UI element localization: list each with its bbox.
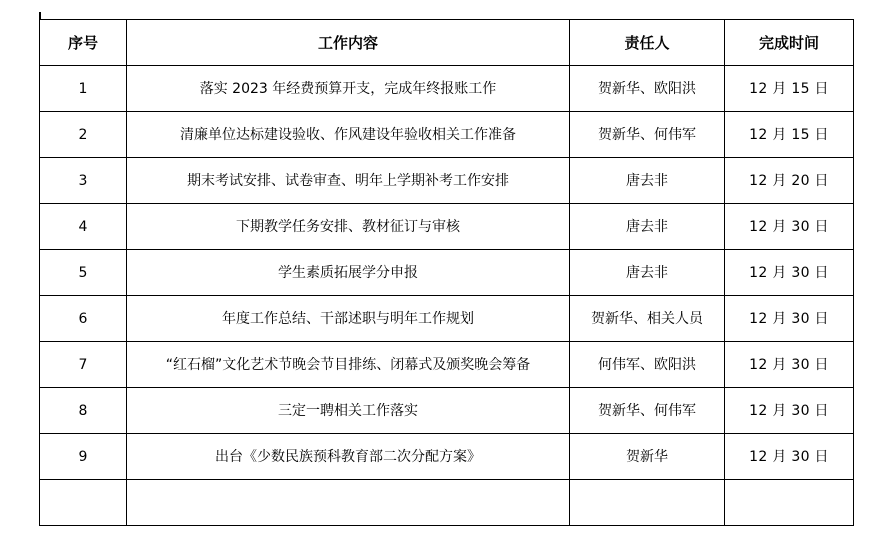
cell-content: 期末考试安排、试卷审查、明年上学期补考工作安排 xyxy=(127,158,570,204)
table-row: 6 年度工作总结、干部述职与明年工作规划 贺新华、相关人员 12 月 30 日 xyxy=(40,296,854,342)
cell-deadline: 12 月 15 日 xyxy=(725,66,854,112)
table-row: 8 三定一聘相关工作落实 贺新华、何伟军 12 月 30 日 xyxy=(40,388,854,434)
cell-seq: 7 xyxy=(40,342,127,388)
cell-seq: 3 xyxy=(40,158,127,204)
header-deadline: 完成时间 xyxy=(725,20,854,66)
table-row: 9 出台《少数民族预科教育部二次分配方案》 贺新华 12 月 30 日 xyxy=(40,434,854,480)
cell-content: “红石榴”文化艺术节晚会节目排练、闭幕式及颁奖晚会筹备 xyxy=(127,342,570,388)
cell-owner: 贺新华、何伟军 xyxy=(570,388,725,434)
cell-seq: 8 xyxy=(40,388,127,434)
cell-deadline: 12 月 30 日 xyxy=(725,434,854,480)
cell-content: 年度工作总结、干部述职与明年工作规划 xyxy=(127,296,570,342)
document-page: 序号 工作内容 责任人 完成时间 1 落实 2023 年经费预算开支，完成年终报… xyxy=(39,19,854,526)
cell-seq xyxy=(40,480,127,526)
cell-seq: 5 xyxy=(40,250,127,296)
cell-seq: 1 xyxy=(40,66,127,112)
cell-content: 出台《少数民族预科教育部二次分配方案》 xyxy=(127,434,570,480)
table-row-empty xyxy=(40,480,854,526)
cell-deadline: 12 月 20 日 xyxy=(725,158,854,204)
cell-content: 落实 2023 年经费预算开支，完成年终报账工作 xyxy=(127,66,570,112)
cell-deadline: 12 月 15 日 xyxy=(725,112,854,158)
cell-seq: 9 xyxy=(40,434,127,480)
table-row: 4 下期教学任务安排、教材征订与审核 唐去非 12 月 30 日 xyxy=(40,204,854,250)
cell-deadline xyxy=(725,480,854,526)
work-schedule-table: 序号 工作内容 责任人 完成时间 1 落实 2023 年经费预算开支，完成年终报… xyxy=(39,19,854,526)
cell-owner: 唐去非 xyxy=(570,204,725,250)
header-seq: 序号 xyxy=(40,20,127,66)
cell-deadline: 12 月 30 日 xyxy=(725,296,854,342)
cell-owner: 贺新华、相关人员 xyxy=(570,296,725,342)
cell-owner: 贺新华、何伟军 xyxy=(570,112,725,158)
cell-owner: 何伟军、欧阳洪 xyxy=(570,342,725,388)
cell-seq: 4 xyxy=(40,204,127,250)
cell-deadline: 12 月 30 日 xyxy=(725,342,854,388)
cell-owner: 唐去非 xyxy=(570,250,725,296)
header-content: 工作内容 xyxy=(127,20,570,66)
cell-owner: 唐去非 xyxy=(570,158,725,204)
cell-owner: 贺新华 xyxy=(570,434,725,480)
table-header-row: 序号 工作内容 责任人 完成时间 xyxy=(40,20,854,66)
cell-owner: 贺新华、欧阳洪 xyxy=(570,66,725,112)
cell-owner xyxy=(570,480,725,526)
cell-deadline: 12 月 30 日 xyxy=(725,204,854,250)
table-row: 1 落实 2023 年经费预算开支，完成年终报账工作 贺新华、欧阳洪 12 月 … xyxy=(40,66,854,112)
cell-content: 学生素质拓展学分申报 xyxy=(127,250,570,296)
cell-content: 下期教学任务安排、教材征订与审核 xyxy=(127,204,570,250)
table-row: 3 期末考试安排、试卷审查、明年上学期补考工作安排 唐去非 12 月 20 日 xyxy=(40,158,854,204)
header-owner: 责任人 xyxy=(570,20,725,66)
table-row: 5 学生素质拓展学分申报 唐去非 12 月 30 日 xyxy=(40,250,854,296)
cell-content: 清廉单位达标建设验收、作风建设年验收相关工作准备 xyxy=(127,112,570,158)
cell-content: 三定一聘相关工作落实 xyxy=(127,388,570,434)
cell-seq: 2 xyxy=(40,112,127,158)
cell-content xyxy=(127,480,570,526)
table-row: 7 “红石榴”文化艺术节晚会节目排练、闭幕式及颁奖晚会筹备 何伟军、欧阳洪 12… xyxy=(40,342,854,388)
cell-deadline: 12 月 30 日 xyxy=(725,250,854,296)
cell-deadline: 12 月 30 日 xyxy=(725,388,854,434)
table-row: 2 清廉单位达标建设验收、作风建设年验收相关工作准备 贺新华、何伟军 12 月 … xyxy=(40,112,854,158)
cell-seq: 6 xyxy=(40,296,127,342)
